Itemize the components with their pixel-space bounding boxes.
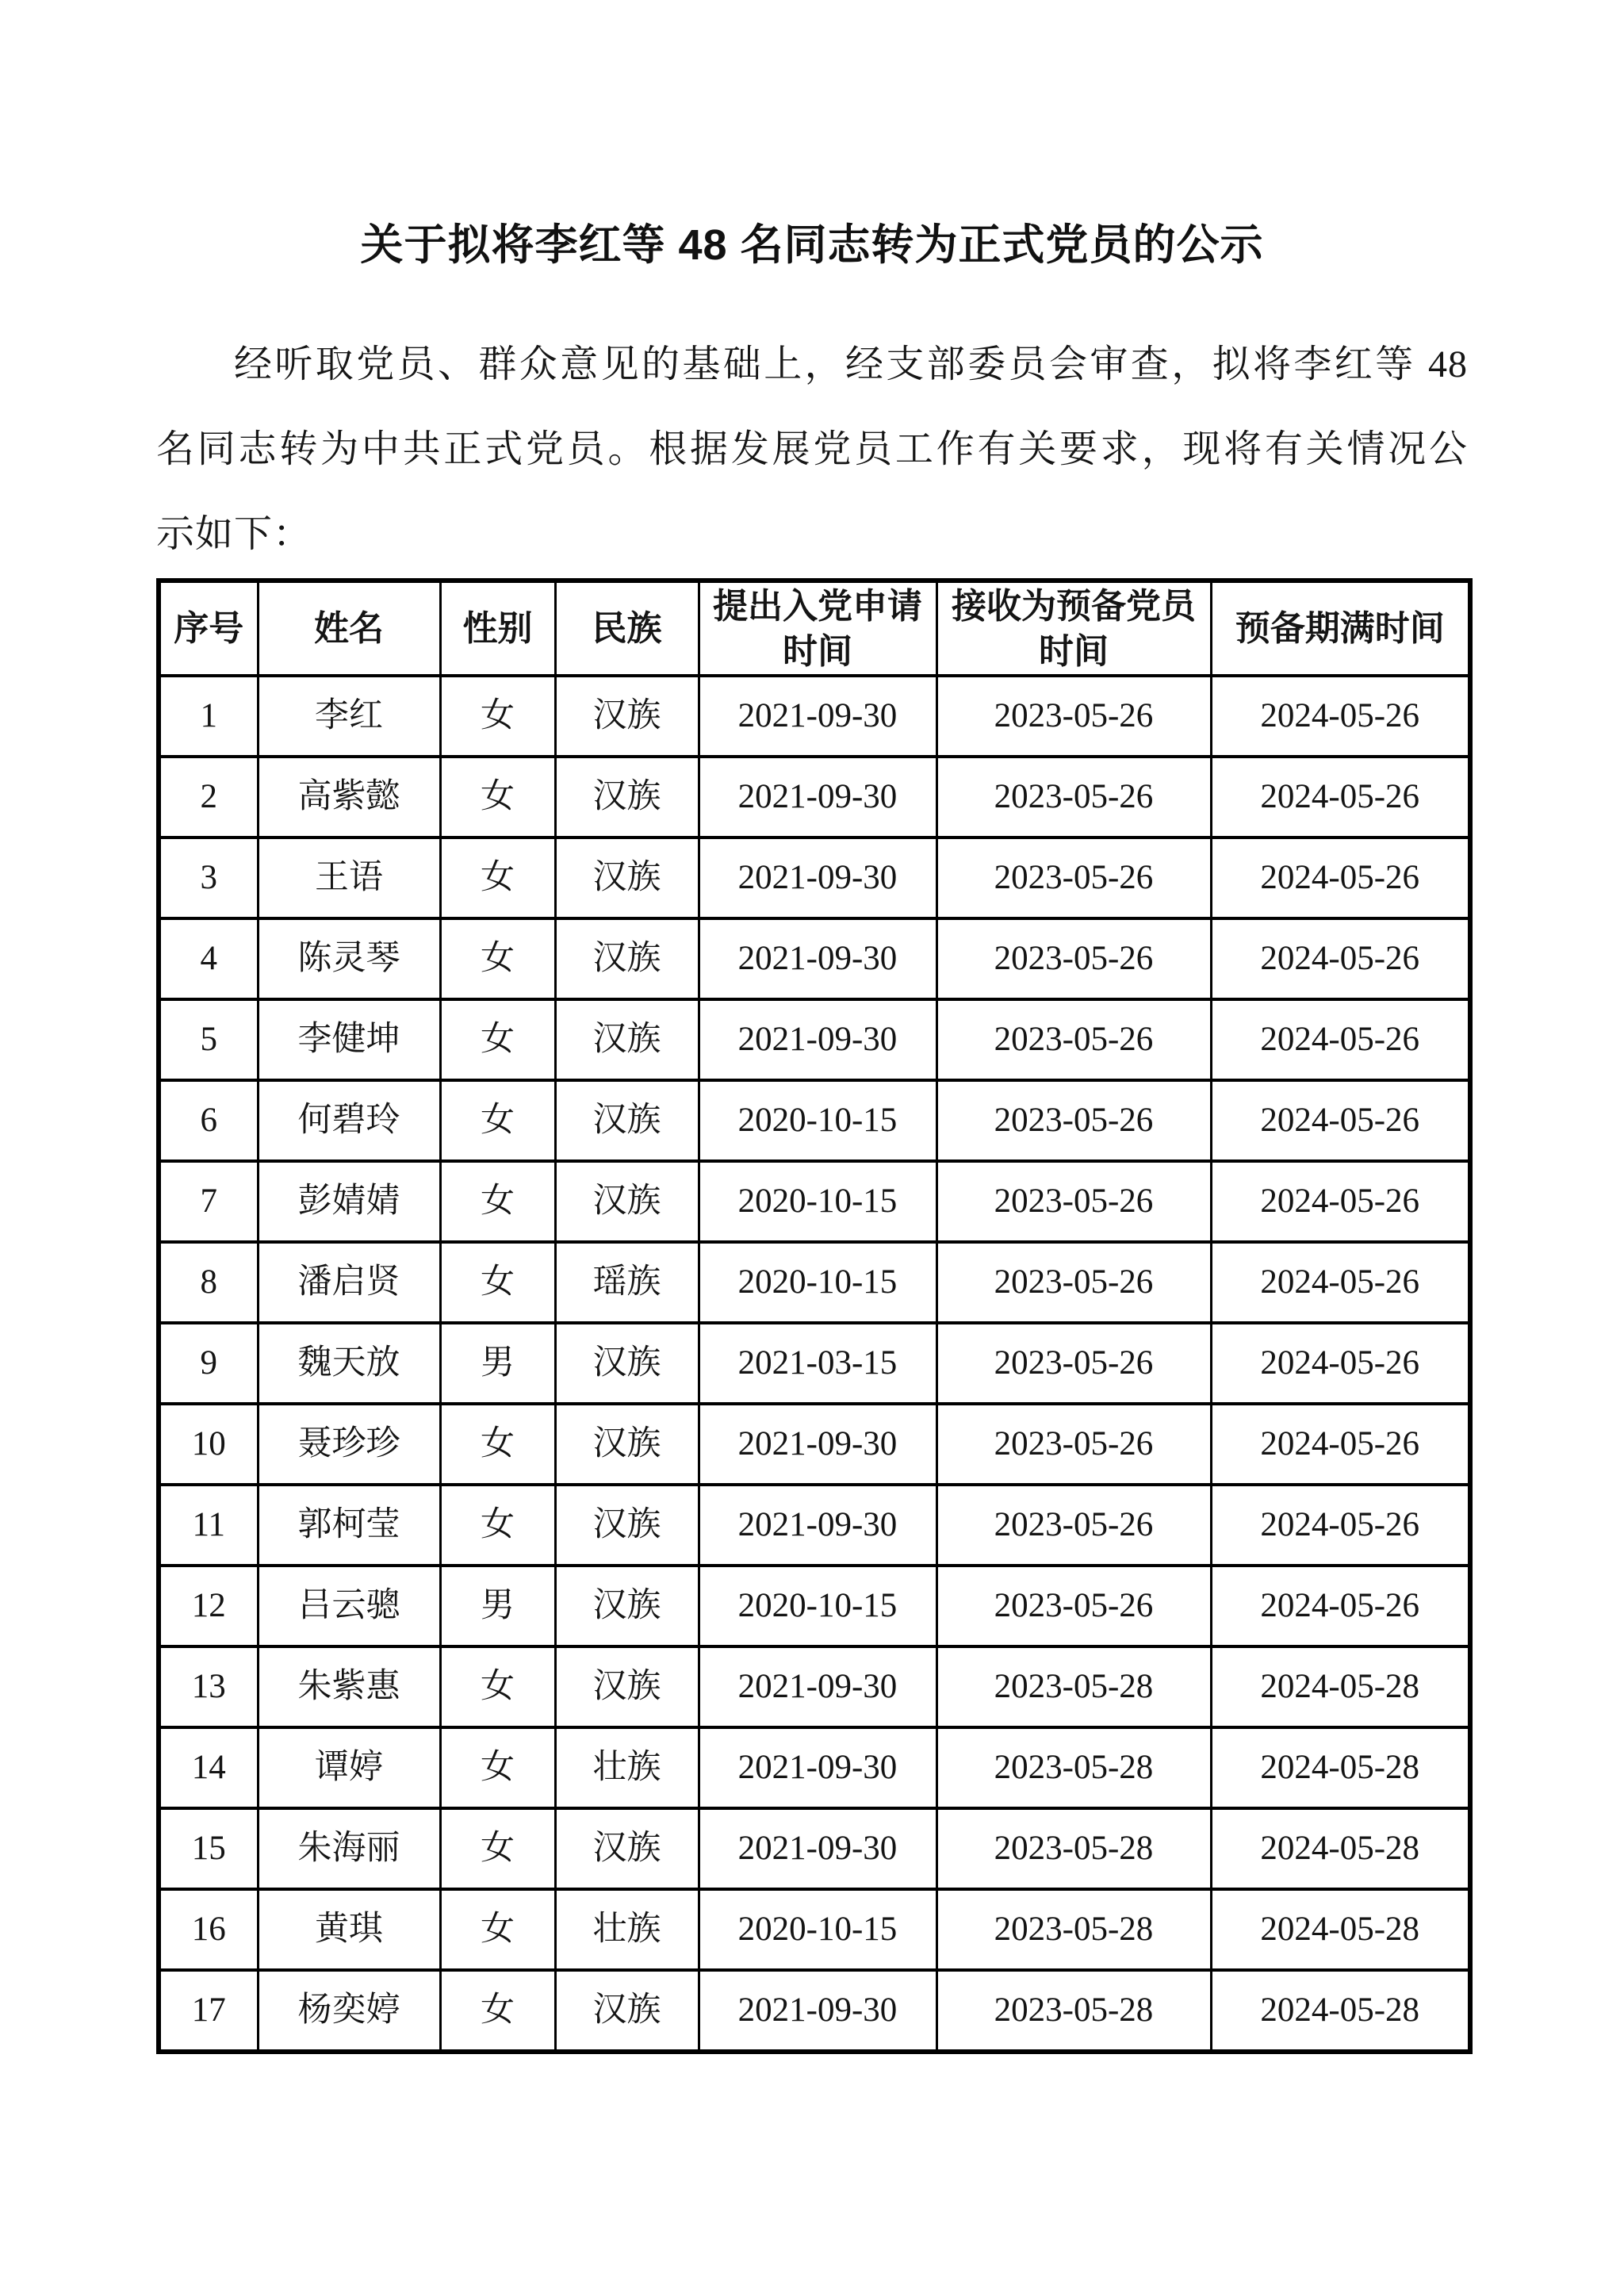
table-cell: 2024-05-26 xyxy=(1211,1404,1470,1485)
table-cell: 17 xyxy=(159,1970,258,2052)
table-cell: 汉族 xyxy=(555,999,699,1080)
table-cell: 2021-09-30 xyxy=(699,1808,936,1889)
table-cell: 女 xyxy=(440,1727,555,1808)
table-cell: 2023-05-26 xyxy=(936,1161,1211,1242)
table-cell: 2024-05-26 xyxy=(1211,676,1470,757)
document-title: 关于拟将李红等 48 名同志转为正式党员的公示 xyxy=(156,213,1468,278)
table-row: 1李红女汉族2021-09-302023-05-262024-05-26 xyxy=(159,676,1470,757)
table-cell: 朱海丽 xyxy=(258,1808,440,1889)
table-cell: 2021-09-30 xyxy=(699,1646,936,1727)
table-cell: 李红 xyxy=(258,676,440,757)
paragraph-line-1: 经听取党员、群众意见的基础上，经支部委员会审查，拟将李红等 48 xyxy=(156,322,1468,407)
table-cell: 15 xyxy=(159,1808,258,1889)
table-cell: 2 xyxy=(159,757,258,838)
column-header: 预备期满时间 xyxy=(1211,581,1470,676)
table-cell: 9 xyxy=(159,1323,258,1404)
table-row: 13朱紫惠女汉族2021-09-302023-05-282024-05-28 xyxy=(159,1646,1470,1727)
table-cell: 12 xyxy=(159,1566,258,1646)
table-cell: 2023-05-28 xyxy=(936,1727,1211,1808)
table-cell: 13 xyxy=(159,1646,258,1727)
table-cell: 女 xyxy=(440,1080,555,1161)
table-cell: 彭婧婧 xyxy=(258,1161,440,1242)
table-cell: 2020-10-15 xyxy=(699,1242,936,1323)
table-cell: 郭柯莹 xyxy=(258,1485,440,1566)
table-cell: 2020-10-15 xyxy=(699,1161,936,1242)
table-cell: 谭婷 xyxy=(258,1727,440,1808)
table-cell: 2023-05-26 xyxy=(936,918,1211,999)
table-cell: 2024-05-26 xyxy=(1211,1485,1470,1566)
table-cell: 2024-05-28 xyxy=(1211,1727,1470,1808)
table-cell: 2024-05-26 xyxy=(1211,1080,1470,1161)
table-cell: 2023-05-26 xyxy=(936,1242,1211,1323)
column-header: 性别 xyxy=(440,581,555,676)
table-cell: 2023-05-26 xyxy=(936,1485,1211,1566)
table-cell: 2024-05-28 xyxy=(1211,1808,1470,1889)
table-cell: 瑶族 xyxy=(555,1242,699,1323)
table-cell: 2020-10-15 xyxy=(699,1889,936,1970)
table-header: 序号姓名性别民族提出入党申请 时间接收为预备党员 时间预备期满时间 xyxy=(159,581,1470,676)
table-cell: 汉族 xyxy=(555,1970,699,2052)
table-cell: 2024-05-28 xyxy=(1211,1889,1470,1970)
table-cell: 女 xyxy=(440,1242,555,1323)
table-cell: 女 xyxy=(440,1808,555,1889)
table-cell: 2024-05-26 xyxy=(1211,1566,1470,1646)
table-cell: 吕云骢 xyxy=(258,1566,440,1646)
table-cell: 2024-05-26 xyxy=(1211,757,1470,838)
table-cell: 8 xyxy=(159,1242,258,1323)
table-cell: 汉族 xyxy=(555,757,699,838)
table-cell: 汉族 xyxy=(555,1161,699,1242)
table-cell: 高紫懿 xyxy=(258,757,440,838)
table-cell: 2024-05-28 xyxy=(1211,1970,1470,2052)
table-cell: 朱紫惠 xyxy=(258,1646,440,1727)
paragraph-line-3: 示如下： xyxy=(156,492,1468,577)
table-row: 16黄琪女壮族2020-10-152023-05-282024-05-28 xyxy=(159,1889,1470,1970)
table-cell: 2023-05-28 xyxy=(936,1970,1211,2052)
table-cell: 男 xyxy=(440,1323,555,1404)
table-cell: 2020-10-15 xyxy=(699,1080,936,1161)
table-row: 3王语女汉族2021-09-302023-05-262024-05-26 xyxy=(159,838,1470,918)
intro-paragraph: 经听取党员、群众意见的基础上，经支部委员会审查，拟将李红等 48 名同志转为中共… xyxy=(156,322,1468,577)
table-cell: 王语 xyxy=(258,838,440,918)
document-page: 关于拟将李红等 48 名同志转为正式党员的公示 经听取党员、群众意见的基础上，经… xyxy=(0,0,1624,2296)
table-cell: 女 xyxy=(440,1970,555,2052)
table-cell: 汉族 xyxy=(555,838,699,918)
table-cell: 2021-09-30 xyxy=(699,1970,936,2052)
table-cell: 女 xyxy=(440,999,555,1080)
table-cell: 2021-09-30 xyxy=(699,1404,936,1485)
table-cell: 潘启贤 xyxy=(258,1242,440,1323)
table-row: 2高紫懿女汉族2021-09-302023-05-262024-05-26 xyxy=(159,757,1470,838)
table-cell: 2024-05-26 xyxy=(1211,1242,1470,1323)
table-cell: 3 xyxy=(159,838,258,918)
paragraph-line-2: 名同志转为中共正式党员。根据发展党员工作有关要求，现将有关情况公 xyxy=(156,407,1468,492)
table-cell: 汉族 xyxy=(555,918,699,999)
table-row: 12吕云骢男汉族2020-10-152023-05-262024-05-26 xyxy=(159,1566,1470,1646)
table-cell: 2024-05-26 xyxy=(1211,838,1470,918)
table-cell: 女 xyxy=(440,838,555,918)
table-cell: 2024-05-26 xyxy=(1211,999,1470,1080)
table-cell: 女 xyxy=(440,1404,555,1485)
table-cell: 1 xyxy=(159,676,258,757)
table-row: 9魏天放男汉族2021-03-152023-05-262024-05-26 xyxy=(159,1323,1470,1404)
table-row: 10聂珍珍女汉族2021-09-302023-05-262024-05-26 xyxy=(159,1404,1470,1485)
table-row: 15朱海丽女汉族2021-09-302023-05-282024-05-28 xyxy=(159,1808,1470,1889)
table-cell: 黄琪 xyxy=(258,1889,440,1970)
table-cell: 2023-05-28 xyxy=(936,1808,1211,1889)
table-cell: 2023-05-28 xyxy=(936,1889,1211,1970)
table-cell: 男 xyxy=(440,1566,555,1646)
table-cell: 2024-05-26 xyxy=(1211,918,1470,999)
table-cell: 2023-05-26 xyxy=(936,676,1211,757)
table-cell: 汉族 xyxy=(555,1323,699,1404)
table-cell: 2023-05-26 xyxy=(936,838,1211,918)
table-cell: 何碧玲 xyxy=(258,1080,440,1161)
table-cell: 女 xyxy=(440,676,555,757)
table-row: 6何碧玲女汉族2020-10-152023-05-262024-05-26 xyxy=(159,1080,1470,1161)
table-cell: 2021-09-30 xyxy=(699,1727,936,1808)
table-cell: 14 xyxy=(159,1727,258,1808)
table-cell: 2021-09-30 xyxy=(699,999,936,1080)
table-header-row: 序号姓名性别民族提出入党申请 时间接收为预备党员 时间预备期满时间 xyxy=(159,581,1470,676)
table-cell: 11 xyxy=(159,1485,258,1566)
table-cell: 16 xyxy=(159,1889,258,1970)
table-body: 1李红女汉族2021-09-302023-05-262024-05-262高紫懿… xyxy=(159,676,1470,2052)
table-cell: 2023-05-26 xyxy=(936,999,1211,1080)
table-cell: 2024-05-26 xyxy=(1211,1161,1470,1242)
table-cell: 2023-05-26 xyxy=(936,757,1211,838)
table-cell: 2021-09-30 xyxy=(699,1485,936,1566)
table-cell: 壮族 xyxy=(555,1889,699,1970)
table-cell: 汉族 xyxy=(555,1080,699,1161)
members-table: 序号姓名性别民族提出入党申请 时间接收为预备党员 时间预备期满时间 1李红女汉族… xyxy=(156,578,1473,2054)
table-cell: 聂珍珍 xyxy=(258,1404,440,1485)
table-row: 7彭婧婧女汉族2020-10-152023-05-262024-05-26 xyxy=(159,1161,1470,1242)
table-row: 17杨奕婷女汉族2021-09-302023-05-282024-05-28 xyxy=(159,1970,1470,2052)
column-header: 序号 xyxy=(159,581,258,676)
table-cell: 2021-09-30 xyxy=(699,918,936,999)
column-header: 接收为预备党员 时间 xyxy=(936,581,1211,676)
table-cell: 2021-09-30 xyxy=(699,676,936,757)
table-cell: 女 xyxy=(440,1646,555,1727)
table-cell: 女 xyxy=(440,918,555,999)
table-row: 14谭婷女壮族2021-09-302023-05-282024-05-28 xyxy=(159,1727,1470,1808)
column-header: 提出入党申请 时间 xyxy=(699,581,936,676)
table-row: 11郭柯莹女汉族2021-09-302023-05-262024-05-26 xyxy=(159,1485,1470,1566)
table-row: 8潘启贤女瑶族2020-10-152023-05-262024-05-26 xyxy=(159,1242,1470,1323)
table-row: 4陈灵琴女汉族2021-09-302023-05-262024-05-26 xyxy=(159,918,1470,999)
table-cell: 汉族 xyxy=(555,1566,699,1646)
table-cell: 杨奕婷 xyxy=(258,1970,440,2052)
table-cell: 5 xyxy=(159,999,258,1080)
table-cell: 2023-05-26 xyxy=(936,1323,1211,1404)
column-header: 姓名 xyxy=(258,581,440,676)
table-cell: 2023-05-28 xyxy=(936,1646,1211,1727)
table-cell: 女 xyxy=(440,1889,555,1970)
table-cell: 汉族 xyxy=(555,1485,699,1566)
table-cell: 汉族 xyxy=(555,1646,699,1727)
table-cell: 汉族 xyxy=(555,676,699,757)
table-cell: 陈灵琴 xyxy=(258,918,440,999)
table-cell: 2024-05-26 xyxy=(1211,1323,1470,1404)
table-cell: 女 xyxy=(440,1161,555,1242)
column-header: 民族 xyxy=(555,581,699,676)
table-cell: 女 xyxy=(440,1485,555,1566)
table-cell: 6 xyxy=(159,1080,258,1161)
table-cell: 汉族 xyxy=(555,1808,699,1889)
table-cell: 壮族 xyxy=(555,1727,699,1808)
table-cell: 2021-09-30 xyxy=(699,757,936,838)
table-cell: 2023-05-26 xyxy=(936,1566,1211,1646)
table-cell: 7 xyxy=(159,1161,258,1242)
table-cell: 10 xyxy=(159,1404,258,1485)
table-cell: 2024-05-28 xyxy=(1211,1646,1470,1727)
table-cell: 2023-05-26 xyxy=(936,1080,1211,1161)
table-cell: 2021-03-15 xyxy=(699,1323,936,1404)
table-cell: 李健坤 xyxy=(258,999,440,1080)
table-cell: 2023-05-26 xyxy=(936,1404,1211,1485)
table-cell: 魏天放 xyxy=(258,1323,440,1404)
table-cell: 2021-09-30 xyxy=(699,838,936,918)
table-cell: 女 xyxy=(440,757,555,838)
table-cell: 汉族 xyxy=(555,1404,699,1485)
table-row: 5李健坤女汉族2021-09-302023-05-262024-05-26 xyxy=(159,999,1470,1080)
table-cell: 2020-10-15 xyxy=(699,1566,936,1646)
table-cell: 4 xyxy=(159,918,258,999)
